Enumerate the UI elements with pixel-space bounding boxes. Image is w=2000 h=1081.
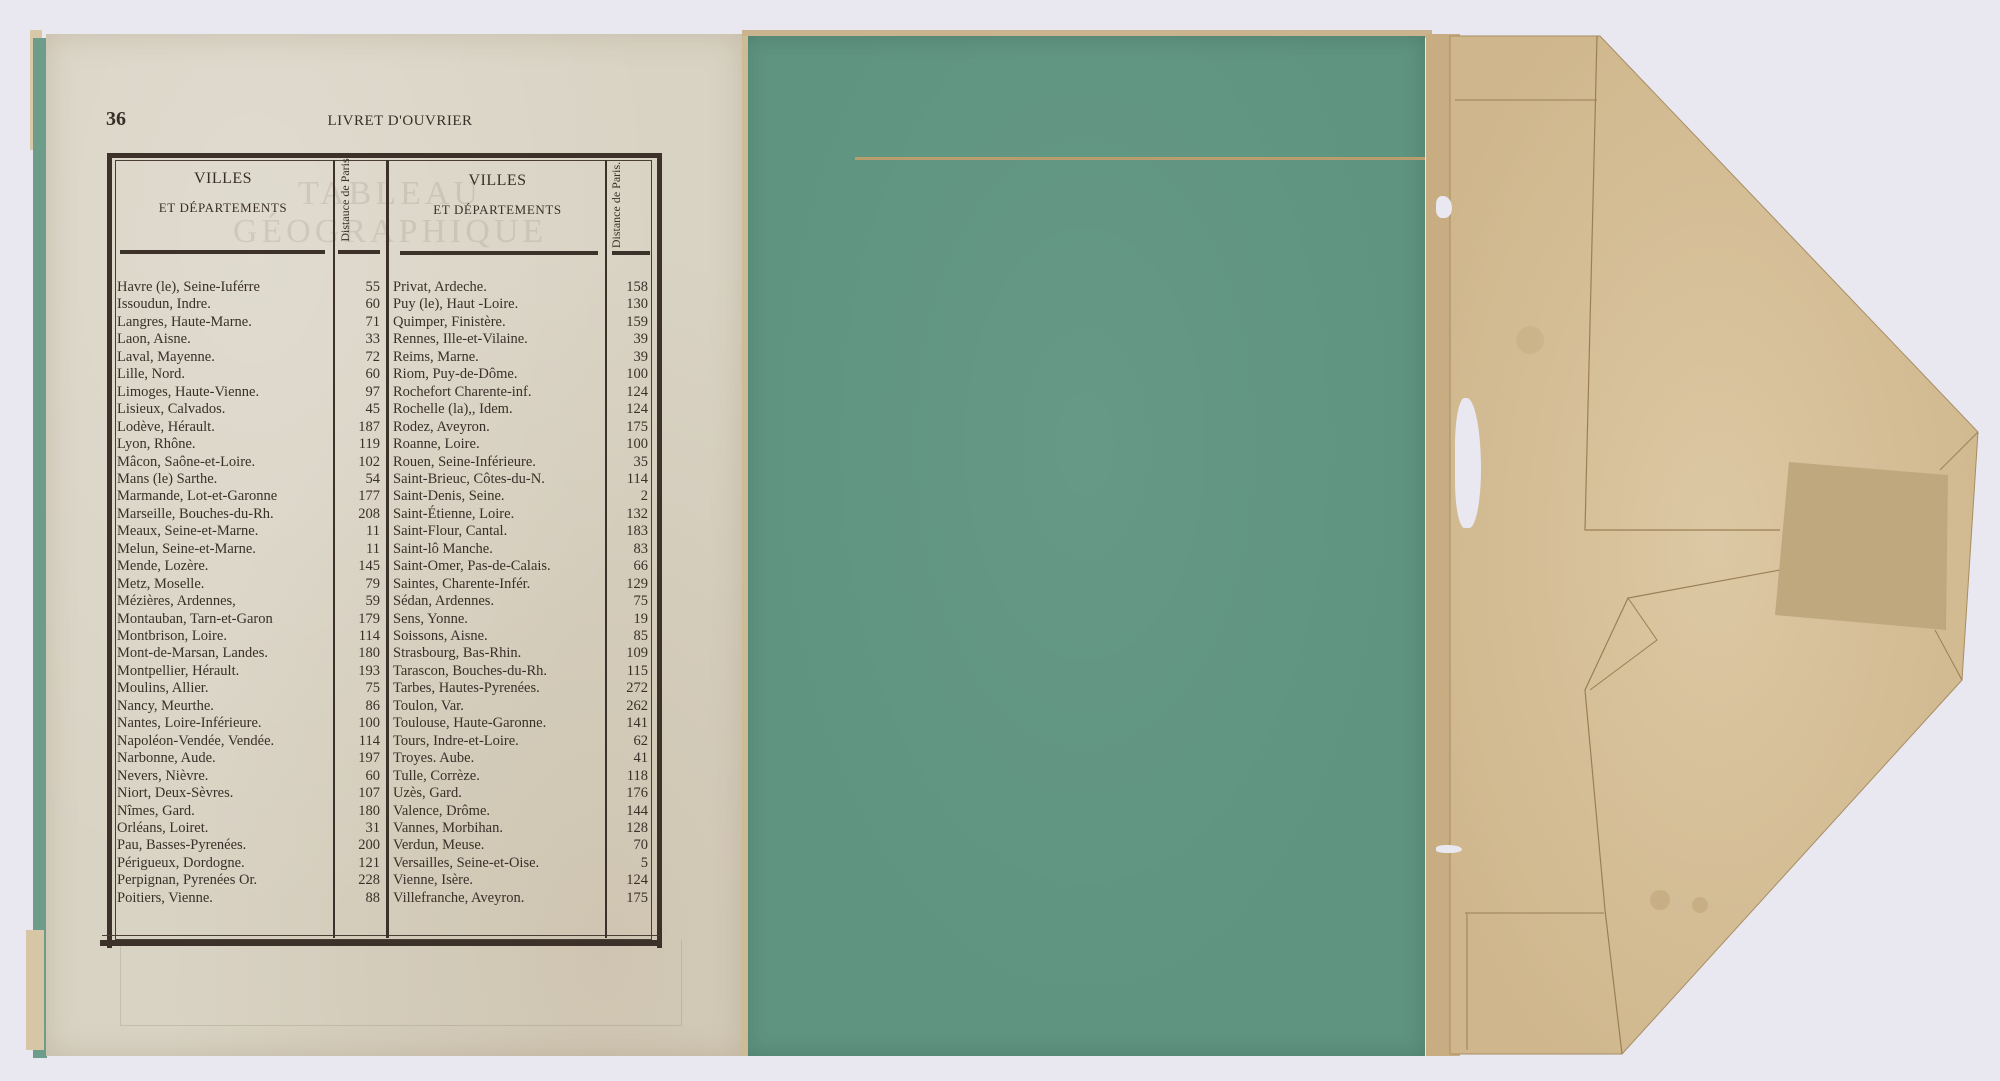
table-row-left: Meaux, Seine-et-Marne. (117, 523, 329, 540)
city-name: Saint-Brieuc, Côtes-du-N. (393, 471, 545, 488)
city-name: Vannes, Morbihan. (393, 820, 503, 837)
distance-value: 208 (338, 506, 380, 523)
distance-value: 115 (610, 663, 648, 680)
table-row-right: Reims, Marne. (393, 349, 603, 366)
distance-number: 228 (358, 872, 380, 889)
table-row-left: Moulins, Allier. (117, 680, 329, 697)
table-row-left: Mézières, Ardennes, (117, 593, 329, 610)
distance-value: 124 (610, 401, 648, 418)
page-number: 36 (106, 108, 126, 131)
distance-number: 72 (366, 349, 381, 366)
distance-value: 175 (610, 419, 648, 436)
city-name: Langres, Haute-Marne. (117, 314, 252, 331)
city-name: Valence, Drôme. (393, 803, 490, 820)
table-row-right: Verdun, Meuse. (393, 837, 603, 854)
table-row-right: Saint-Brieuc, Côtes-du-N. (393, 471, 603, 488)
city-name: Strasbourg, Bas-Rhin. (393, 645, 521, 662)
distance-number: 177 (358, 488, 380, 505)
distance-number: 114 (359, 628, 380, 645)
city-name: Lille, Nord. (117, 366, 185, 383)
green-cover-page (745, 36, 1425, 1056)
city-name: Limoges, Haute-Vienne. (117, 384, 259, 401)
city-name: Napoléon-Vendée, Vendée. (117, 733, 274, 750)
distance-number: 55 (366, 279, 381, 296)
city-name: Laval, Mayenne. (117, 349, 215, 366)
table-row-left: Melun, Seine-et-Marne. (117, 541, 329, 558)
distance-value: 132 (610, 506, 648, 523)
city-name: Versailles, Seine-et-Oise. (393, 855, 539, 872)
distance-number: 180 (358, 645, 380, 662)
distance-value: 159 (610, 314, 648, 331)
city-name: Saint-Flour, Cantal. (393, 523, 507, 540)
distance-number: 179 (358, 611, 380, 628)
distance-number: 100 (626, 366, 648, 383)
table-row-left: Havre (le), Seine-Iuférre (117, 279, 329, 296)
distance-value: 119 (338, 436, 380, 453)
city-name: Narbonne, Aude. (117, 750, 216, 767)
distance-value: 197 (338, 750, 380, 767)
distance-number: 31 (366, 820, 381, 837)
city-name: Pau, Basses-Pyrenées. (117, 837, 246, 854)
city-name: Mont-de-Marsan, Landes. (117, 645, 268, 662)
distance-value: 100 (338, 715, 380, 732)
distance-number: 121 (358, 855, 380, 872)
distance-value: 19 (610, 611, 648, 628)
header-villes-left: VILLES ET DÉPARTEMENTS (118, 170, 328, 216)
table-row-right: Strasbourg, Bas-Rhin. (393, 645, 603, 662)
table-bottom-rule (100, 940, 662, 946)
spine-tear (1436, 196, 1452, 218)
city-name: Meaux, Seine-et-Marne. (117, 523, 258, 540)
table-row-right: Privat, Ardeche. (393, 279, 603, 296)
header-villes-label: VILLES (395, 172, 600, 190)
city-name: Havre (le), Seine-Iuférre (117, 279, 260, 296)
column-divider-3 (605, 160, 607, 938)
table-row-right: Tours, Indre-et-Loire. (393, 733, 603, 750)
table-row-right: Riom, Puy-de-Dôme. (393, 366, 603, 383)
distance-value: 107 (338, 785, 380, 802)
distance-number: 100 (358, 715, 380, 732)
table-row-left: Montauban, Tarn-et-Garon (117, 611, 329, 628)
distance-value: 59 (338, 593, 380, 610)
table-row-left: Mans (le) Sarthe. (117, 471, 329, 488)
table-row-right: Rodez, Aveyron. (393, 419, 603, 436)
city-name: Nîmes, Gard. (117, 803, 195, 820)
table-bottom-rule-thin (102, 935, 660, 936)
table-row-right: Sédan, Ardennes. (393, 593, 603, 610)
distance-value: 31 (338, 820, 380, 837)
distance-value: 66 (610, 558, 648, 575)
table-row-right: Saint-Étienne, Loire. (393, 506, 603, 523)
column-divider-2 (386, 160, 389, 938)
distance-value: 54 (338, 471, 380, 488)
city-name: Perpignan, Pyrenées Or. (117, 872, 257, 889)
distance-number: 118 (627, 768, 648, 785)
distance-number: 124 (626, 401, 648, 418)
table-row-left: Langres, Haute-Marne. (117, 314, 329, 331)
table-row-right: Toulon, Var. (393, 698, 603, 715)
city-name: Lisieux, Calvados. (117, 401, 225, 418)
table-row-right: Rennes, Ille-et-Vilaine. (393, 331, 603, 348)
distance-number: 109 (626, 645, 648, 662)
table-row-right: Tarbes, Hautes-Pyrenées. (393, 680, 603, 697)
distance-number: 197 (358, 750, 380, 767)
city-name: Troyes. Aube. (393, 750, 474, 767)
distance-number: 86 (366, 698, 381, 715)
distance-number: 141 (626, 715, 648, 732)
distance-value: 124 (610, 872, 648, 889)
distance-number: 19 (634, 611, 649, 628)
city-name: Nantes, Loire-Inférieure. (117, 715, 262, 732)
distance-number: 41 (634, 750, 649, 767)
table-row-left: Orléans, Loiret. (117, 820, 329, 837)
table-row-left: Mende, Lozère. (117, 558, 329, 575)
distance-value: 272 (610, 680, 648, 697)
header-distance-left: Distauce de Paris (338, 155, 378, 245)
distance-number: 208 (358, 506, 380, 523)
distance-number: 144 (626, 803, 648, 820)
header-rule-4 (612, 251, 650, 255)
distance-value: 158 (610, 279, 648, 296)
table-row-right: Toulouse, Haute-Garonne. (393, 715, 603, 732)
distance-value: 2 (610, 488, 648, 505)
city-name: Mans (le) Sarthe. (117, 471, 217, 488)
distance-number: 45 (366, 401, 381, 418)
distance-value: 39 (610, 331, 648, 348)
green-page-seam (742, 36, 748, 1056)
table-row-left: Lodève, Hérault. (117, 419, 329, 436)
distance-value: 85 (610, 628, 648, 645)
distance-value: 187 (338, 419, 380, 436)
city-name: Marmande, Lot-et-Garonne (117, 488, 277, 505)
table-row-right: Uzès, Gard. (393, 785, 603, 802)
table-row-right: Sens, Yonne. (393, 611, 603, 628)
city-name: Sens, Yonne. (393, 611, 468, 628)
green-page-crease (855, 157, 1425, 160)
table-row-right: Vienne, Isère. (393, 872, 603, 889)
distance-number: 145 (358, 558, 380, 575)
distance-value: 11 (338, 523, 380, 540)
table-row-right: Saintes, Charente-Infér. (393, 576, 603, 593)
city-name: Moulins, Allier. (117, 680, 208, 697)
distance-number: 159 (626, 314, 648, 331)
city-name: Rouen, Seine-Inférieure. (393, 454, 536, 471)
distance-value: 83 (610, 541, 648, 558)
city-name: Vienne, Isère. (393, 872, 473, 889)
table-row-left: Laon, Aisne. (117, 331, 329, 348)
city-name: Périgueux, Dordogne. (117, 855, 245, 872)
table-row-right: Tarascon, Bouches-du-Rh. (393, 663, 603, 680)
city-name: Saint-Denis, Seine. (393, 488, 505, 505)
distance-number: 88 (366, 890, 381, 907)
distance-value: 179 (338, 611, 380, 628)
city-name: Rochefort Charente-inf. (393, 384, 532, 401)
distance-value: 33 (338, 331, 380, 348)
distance-number: 193 (358, 663, 380, 680)
distance-number: 85 (634, 628, 649, 645)
table-row-right: Vannes, Morbihan. (393, 820, 603, 837)
table-row-right: Valence, Drôme. (393, 803, 603, 820)
distance-value: 180 (338, 645, 380, 662)
table-row-left: Nevers, Nièvre. (117, 768, 329, 785)
header-departements-label: ET DÉPARTEMENTS (118, 200, 328, 216)
distance-number: 11 (366, 523, 380, 540)
distance-number: 75 (634, 593, 649, 610)
table-row-right: Rouen, Seine-Inférieure. (393, 454, 603, 471)
distance-number: 132 (626, 506, 648, 523)
table-row-left: Lisieux, Calvados. (117, 401, 329, 418)
distance-number: 83 (634, 541, 649, 558)
table-row-left: Nancy, Meurthe. (117, 698, 329, 715)
table-row-right: Saint-Flour, Cantal. (393, 523, 603, 540)
distance-number: 60 (366, 768, 381, 785)
table-row-left: Niort, Deux-Sèvres. (117, 785, 329, 802)
distance-number: 35 (634, 454, 649, 471)
table-row-left: Montbrison, Loire. (117, 628, 329, 645)
distance-number: 79 (366, 576, 381, 593)
header-villes-label: VILLES (118, 170, 328, 188)
distance-value: 5 (610, 855, 648, 872)
distance-number: 102 (358, 454, 380, 471)
distance-number: 200 (358, 837, 380, 854)
left-cover-edge (33, 38, 47, 1058)
table-row-right: Versailles, Seine-et-Oise. (393, 855, 603, 872)
distance-number: 115 (627, 663, 648, 680)
city-name: Mende, Lozère. (117, 558, 208, 575)
table-row-right: Soissons, Aisne. (393, 628, 603, 645)
table-row-right: Troyes. Aube. (393, 750, 603, 767)
city-name: Melun, Seine-et-Marne. (117, 541, 256, 558)
distance-value: 121 (338, 855, 380, 872)
distance-value: 177 (338, 488, 380, 505)
table-row-left: Montpellier, Hérault. (117, 663, 329, 680)
distance-number: 60 (366, 366, 381, 383)
city-name: Tours, Indre-et-Loire. (393, 733, 519, 750)
city-name: Toulouse, Haute-Garonne. (393, 715, 546, 732)
city-name: Saintes, Charente-Infér. (393, 576, 530, 593)
distance-value: 100 (610, 436, 648, 453)
distance-value: 70 (610, 837, 648, 854)
left-page-edge-tab-bottom (26, 930, 44, 1050)
distance-value: 55 (338, 279, 380, 296)
distance-number: 130 (626, 296, 648, 313)
distance-value: 75 (610, 593, 648, 610)
distance-value: 60 (338, 768, 380, 785)
distance-value: 130 (610, 296, 648, 313)
city-name: Issoudun, Indre. (117, 296, 211, 313)
table-row-left: Poitiers, Vienne. (117, 890, 329, 907)
distance-value: 176 (610, 785, 648, 802)
city-name: Lodève, Hérault. (117, 419, 215, 436)
distance-value: 114 (338, 628, 380, 645)
distance-number: 66 (634, 558, 649, 575)
table-row-right: Villefranche, Aveyron. (393, 890, 603, 907)
city-name: Rodez, Aveyron. (393, 419, 490, 436)
table-row-left: Marmande, Lot-et-Garonne (117, 488, 329, 505)
city-name: Puy (le), Haut -Loire. (393, 296, 518, 313)
city-name: Verdun, Meuse. (393, 837, 484, 854)
distance-value: 102 (338, 454, 380, 471)
city-name: Mâcon, Saône-et-Loire. (117, 454, 255, 471)
header-rule-1 (120, 250, 325, 254)
distance-value: 141 (610, 715, 648, 732)
city-name: Tulle, Corrèze. (393, 768, 480, 785)
distance-value: 45 (338, 401, 380, 418)
distance-number: 60 (366, 296, 381, 313)
header-rule-2 (338, 250, 380, 254)
distance-value: 183 (610, 523, 648, 540)
city-name: Saint-Omer, Pas-de-Calais. (393, 558, 551, 575)
city-name: Villefranche, Aveyron. (393, 890, 524, 907)
table-row-left: Lille, Nord. (117, 366, 329, 383)
distance-value: 145 (338, 558, 380, 575)
distance-value: 41 (610, 750, 648, 767)
running-header: LIVRET D'OUVRIER (200, 113, 600, 130)
distance-number: 71 (366, 314, 381, 331)
table-row-left: Mont-de-Marsan, Landes. (117, 645, 329, 662)
distance-number: 175 (626, 890, 648, 907)
distance-value: 11 (338, 541, 380, 558)
table-row-right: Saint-Denis, Seine. (393, 488, 603, 505)
bleed-through-table-frame (120, 940, 682, 1026)
distance-value: 71 (338, 314, 380, 331)
distance-number: 5 (641, 855, 648, 872)
distance-value: 75 (338, 680, 380, 697)
distance-value: 109 (610, 645, 648, 662)
table-row-right: Saint-lô Manche. (393, 541, 603, 558)
city-name: Nevers, Nièvre. (117, 768, 208, 785)
distance-number: 272 (626, 680, 648, 697)
table-row-left: Perpignan, Pyrenées Or. (117, 872, 329, 889)
distance-number: 59 (366, 593, 381, 610)
distance-number: 180 (358, 803, 380, 820)
distance-number: 129 (626, 576, 648, 593)
distance-number: 128 (626, 820, 648, 837)
table-row-right: Rochelle (la),, Idem. (393, 401, 603, 418)
header-villes-right: VILLES ET DÉPARTEMENTS (395, 172, 600, 218)
table-row-right: Roanne, Loire. (393, 436, 603, 453)
city-name: Montpellier, Hérault. (117, 663, 239, 680)
city-name: Metz, Moselle. (117, 576, 204, 593)
distance-number: 54 (366, 471, 381, 488)
distance-value: 100 (610, 366, 648, 383)
distance-number: 119 (359, 436, 380, 453)
distance-value: 193 (338, 663, 380, 680)
table-row-left: Périgueux, Dordogne. (117, 855, 329, 872)
table-row-left: Nantes, Loire-Inférieure. (117, 715, 329, 732)
distance-value: 200 (338, 837, 380, 854)
distance-number: 262 (626, 698, 648, 715)
distance-value: 128 (610, 820, 648, 837)
distance-number: 62 (634, 733, 649, 750)
distance-number: 2 (641, 488, 648, 505)
city-name: Tarascon, Bouches-du-Rh. (393, 663, 547, 680)
city-name: Lyon, Rhône. (117, 436, 196, 453)
distance-number: 114 (359, 733, 380, 750)
distance-number: 97 (366, 384, 381, 401)
city-name: Mézières, Ardennes, (117, 593, 236, 610)
table-row-right: Tulle, Corrèze. (393, 768, 603, 785)
city-name: Saint-lô Manche. (393, 541, 493, 558)
city-name: Uzès, Gard. (393, 785, 462, 802)
distance-number: 39 (634, 331, 649, 348)
city-name: Sédan, Ardennes. (393, 593, 494, 610)
distance-value: 228 (338, 872, 380, 889)
distance-value: 144 (610, 803, 648, 820)
table-row-left: Laval, Mayenne. (117, 349, 329, 366)
distance-number: 176 (626, 785, 648, 802)
city-name: Montauban, Tarn-et-Garon (117, 611, 273, 628)
header-rule-3 (400, 251, 598, 255)
table-row-left: Marseille, Bouches-du-Rh. (117, 506, 329, 523)
city-name: Marseille, Bouches-du-Rh. (117, 506, 274, 523)
distance-value: 79 (338, 576, 380, 593)
city-name: Rochelle (la),, Idem. (393, 401, 513, 418)
city-name: Riom, Puy-de-Dôme. (393, 366, 517, 383)
table-row-right: Saint-Omer, Pas-de-Calais. (393, 558, 603, 575)
table-row-left: Napoléon-Vendée, Vendée. (117, 733, 329, 750)
header-departements-label: ET DÉPARTEMENTS (395, 202, 600, 218)
city-name: Rennes, Ille-et-Vilaine. (393, 331, 528, 348)
distance-number: 124 (626, 872, 648, 889)
distance-number: 107 (358, 785, 380, 802)
city-name: Privat, Ardeche. (393, 279, 487, 296)
table-row-left: Issoudun, Indre. (117, 296, 329, 313)
distance-number: 75 (366, 680, 381, 697)
distance-value: 60 (338, 366, 380, 383)
table-row-left: Lyon, Rhône. (117, 436, 329, 453)
table-row-right: Rochefort Charente-inf. (393, 384, 603, 401)
city-name: Orléans, Loiret. (117, 820, 208, 837)
table-row-left: Nîmes, Gard. (117, 803, 329, 820)
city-name: Quimper, Finistère. (393, 314, 506, 331)
distance-number: 33 (366, 331, 381, 348)
distance-number: 183 (626, 523, 648, 540)
distance-value: 72 (338, 349, 380, 366)
envelope-flap (1420, 20, 2000, 1070)
table-row-left: Limoges, Haute-Vienne. (117, 384, 329, 401)
city-name: Poitiers, Vienne. (117, 890, 213, 907)
city-name: Roanne, Loire. (393, 436, 480, 453)
distance-number: 39 (634, 349, 649, 366)
header-distance-right: Distance de Paris. (609, 160, 649, 250)
city-name: Tarbes, Hautes-Pyrenées. (393, 680, 540, 697)
spine-tear (1436, 845, 1462, 853)
table-row-left: Metz, Moselle. (117, 576, 329, 593)
distance-value: 180 (338, 803, 380, 820)
city-name: Niort, Deux-Sèvres. (117, 785, 233, 802)
city-name: Montbrison, Loire. (117, 628, 227, 645)
city-name: Saint-Étienne, Loire. (393, 506, 514, 523)
distance-value: 129 (610, 576, 648, 593)
table-row-left: Narbonne, Aude. (117, 750, 329, 767)
city-name: Soissons, Aisne. (393, 628, 488, 645)
distance-value: 62 (610, 733, 648, 750)
distance-value: 86 (338, 698, 380, 715)
distance-value: 175 (610, 890, 648, 907)
column-divider-1 (333, 160, 335, 938)
distance-value: 39 (610, 349, 648, 366)
distance-number: 187 (358, 419, 380, 436)
city-name: Nancy, Meurthe. (117, 698, 214, 715)
table-row-left: Pau, Basses-Pyrenées. (117, 837, 329, 854)
distance-number: 100 (626, 436, 648, 453)
city-name: Reims, Marne. (393, 349, 479, 366)
table-row-right: Puy (le), Haut -Loire. (393, 296, 603, 313)
distance-value: 114 (610, 471, 648, 488)
table-row-left: Mâcon, Saône-et-Loire. (117, 454, 329, 471)
distance-value: 35 (610, 454, 648, 471)
